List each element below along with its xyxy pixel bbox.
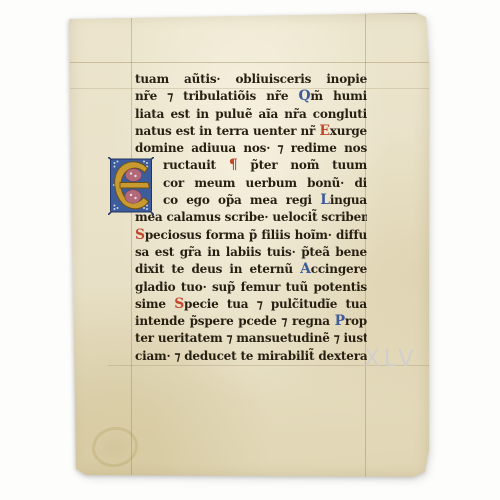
text-segment: mea calamus scribe· uelocit̃ scribent̃ xyxy=(135,210,367,224)
colored-initial-red: S xyxy=(135,227,145,243)
text-segment: rop xyxy=(345,314,367,328)
colored-initial-blue: Q xyxy=(299,88,311,104)
text-line: dixit te deus in eternũ Accingere xyxy=(135,261,367,278)
text-line: sa est gr̃a in labiis tuis· p̃teã bene xyxy=(135,244,367,261)
initial-counter-top xyxy=(125,169,141,182)
text-segment: p̃ter nom̃ tuum xyxy=(237,158,367,172)
text-segment: intende p̃spere pcede ⁊ regna xyxy=(135,314,335,328)
ruling-line-horizontal-top xyxy=(68,62,430,63)
initial-gold-bar xyxy=(120,183,150,189)
text-segment: gladio tuo· sup̃ femur tuũ potentis xyxy=(135,280,367,294)
illuminated-initial-e xyxy=(108,157,154,215)
text-line: co ego op̃a mea regi Lingua xyxy=(135,192,367,209)
colored-initial-red: S xyxy=(174,296,184,312)
text-segment: ccingere xyxy=(311,262,367,276)
text-segment: peciosus forma p̃ filiis hoĩm· diffu xyxy=(145,228,367,242)
text-segment: sa est gr̃a in labiis tuis· p̃teã bene xyxy=(135,245,367,259)
text-block: tuam aũtis· obliuisceris inopienr̃e ⁊ tr… xyxy=(135,71,367,365)
manuscript-leaf: tuam aũtis· obliuisceris inopienr̃e ⁊ tr… xyxy=(68,13,430,479)
colored-initial-blue: L xyxy=(320,192,330,208)
text-segment: dixit te deus in eternũ xyxy=(135,262,300,276)
text-segment: ciam· ⁊ deducet te mirabilit̃ dextera xyxy=(135,349,367,363)
stain-ring xyxy=(88,423,141,472)
text-segment: co ego op̃a mea regi xyxy=(163,193,320,207)
text-line: nr̃e ⁊ tribulatiõis nr̃e Qm̃ humi xyxy=(135,88,367,105)
text-segment: natus est in terra uenter nr̃ xyxy=(135,124,319,138)
leaf-shadow-wrapper: tuam aũtis· obliuisceris inopienr̃e ⁊ tr… xyxy=(68,13,430,479)
text-line: sime Specie tua ⁊ pulc̃itudĩe tua xyxy=(135,296,367,313)
text-line: ciam· ⁊ deducet te mirabilit̃ dextera xyxy=(135,348,367,365)
text-segment: liata est in puluẽ aĩa nr̃a congluti xyxy=(135,107,367,121)
text-segment: ter ueritatem ⁊ mansuetudinẽ ⁊ iusti xyxy=(135,331,367,345)
text-line: liata est in puluẽ aĩa nr̃a congluti xyxy=(135,106,367,123)
text-segment: sime xyxy=(135,297,174,311)
text-line: tuam aũtis· obliuisceris inopie xyxy=(135,71,367,88)
initial-counter-bottom xyxy=(125,190,141,204)
text-segment: nr̃e ⁊ tribulatiõis nr̃e xyxy=(135,89,299,103)
photo-background: tuam aũtis· obliuisceris inopienr̃e ⁊ tr… xyxy=(0,0,500,500)
watermark-text: XLV xyxy=(364,346,434,372)
text-segment: tuam aũtis· obliuisceris inopie xyxy=(135,72,367,86)
text-segment: pecie tua ⁊ pulc̃itudĩe tua xyxy=(184,297,367,311)
text-line: cor meum uerbum bonũ· di xyxy=(135,175,367,192)
text-line: intende p̃spere pcede ⁊ regna Prop xyxy=(135,313,367,330)
text-segment: xurge xyxy=(330,124,367,138)
text-line: ructauit ¶ p̃ter nom̃ tuum xyxy=(135,157,367,174)
text-line: domine adiuua nos· ⁊ redime nos xyxy=(135,140,367,157)
colored-initial-red: E xyxy=(319,123,329,139)
text-line: mea calamus scribe· uelocit̃ scribent̃ xyxy=(135,209,367,226)
text-segment: ingua xyxy=(330,193,367,207)
text-line: gladio tuo· sup̃ femur tuũ potentis xyxy=(135,279,367,296)
text-line: natus est in terra uenter nr̃ Exurge xyxy=(135,123,367,140)
ruling-line-vertical-left xyxy=(131,13,132,479)
text-segment: cor meum uerbum bonũ· di xyxy=(163,176,367,190)
text-segment: ructauit xyxy=(163,158,229,172)
text-segment: domine adiuua nos· ⁊ redime nos xyxy=(135,141,367,155)
text-line: Speciosus forma p̃ filiis hoĩm· diffu xyxy=(135,227,367,244)
colored-initial-blue: P xyxy=(335,313,345,329)
colored-initial-blue: A xyxy=(300,261,311,277)
text-segment: m̃ humi xyxy=(310,89,367,103)
text-line: ter ueritatem ⁊ mansuetudinẽ ⁊ iusti xyxy=(135,330,367,347)
